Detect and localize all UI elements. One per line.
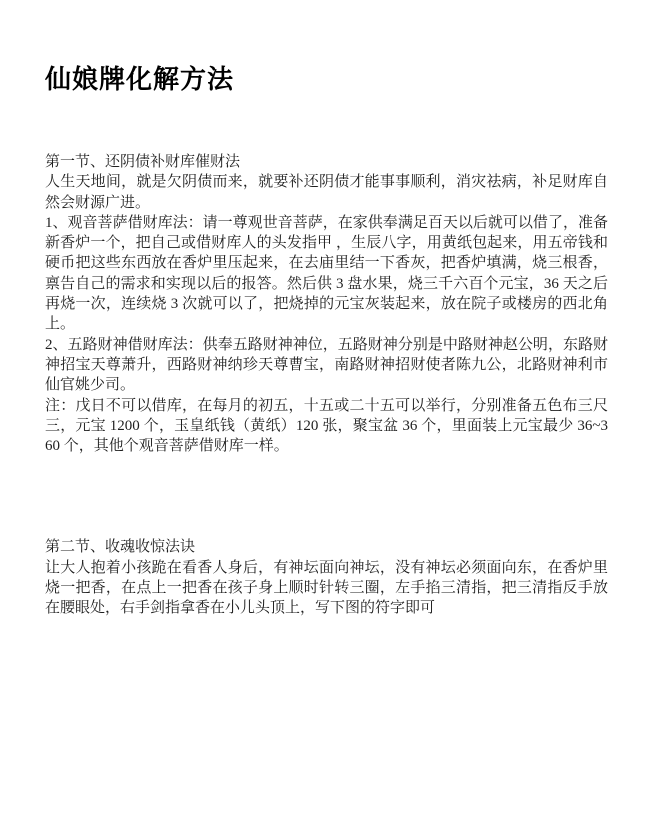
- section-1: 第一节、还阴债补财库催财法 人生天地间，就是欠阴债而来，就要补还阴债才能事事顺利…: [45, 152, 608, 456]
- paragraph: 人生天地间，就是欠阴债而来，就要补还阴债才能事事顺利，消灾祛病，补足财库自然会财…: [45, 172, 608, 213]
- paragraph: 注：戊日不可以借库，在每月的初五，十五或二十五可以举行，分别准备五色布三尺三，元…: [45, 396, 608, 457]
- document-body: 第一节、还阴债补财库催财法 人生天地间，就是欠阴债而来，就要补还阴债才能事事顺利…: [45, 152, 608, 619]
- section-1-heading: 第一节、还阴债补财库催财法: [45, 152, 608, 172]
- paragraph: 让大人抱着小孩跪在看香人身后，有神坛面向神坛，没有神坛必须面向东，在香炉里烧一把…: [45, 558, 608, 619]
- document-title: 仙娘牌化解方法: [45, 59, 234, 96]
- document-page: 仙娘牌化解方法 第一节、还阴债补财库催财法 人生天地间，就是欠阴债而来，就要补还…: [0, 0, 650, 819]
- paragraph: 1、观音菩萨借财库法：请一尊观世音菩萨，在家供奉满足百天以后就可以借了，准备新香…: [45, 213, 608, 335]
- section-2: 第二节、收魂收惊法诀 让大人抱着小孩跪在看香人身后，有神坛面向神坛，没有神坛必须…: [45, 537, 608, 618]
- paragraph: 2、五路财神借财库法：供奉五路财神神位，五路财神分别是中路财神赵公明，东路财神招…: [45, 335, 608, 396]
- section-2-heading: 第二节、收魂收惊法诀: [45, 537, 608, 557]
